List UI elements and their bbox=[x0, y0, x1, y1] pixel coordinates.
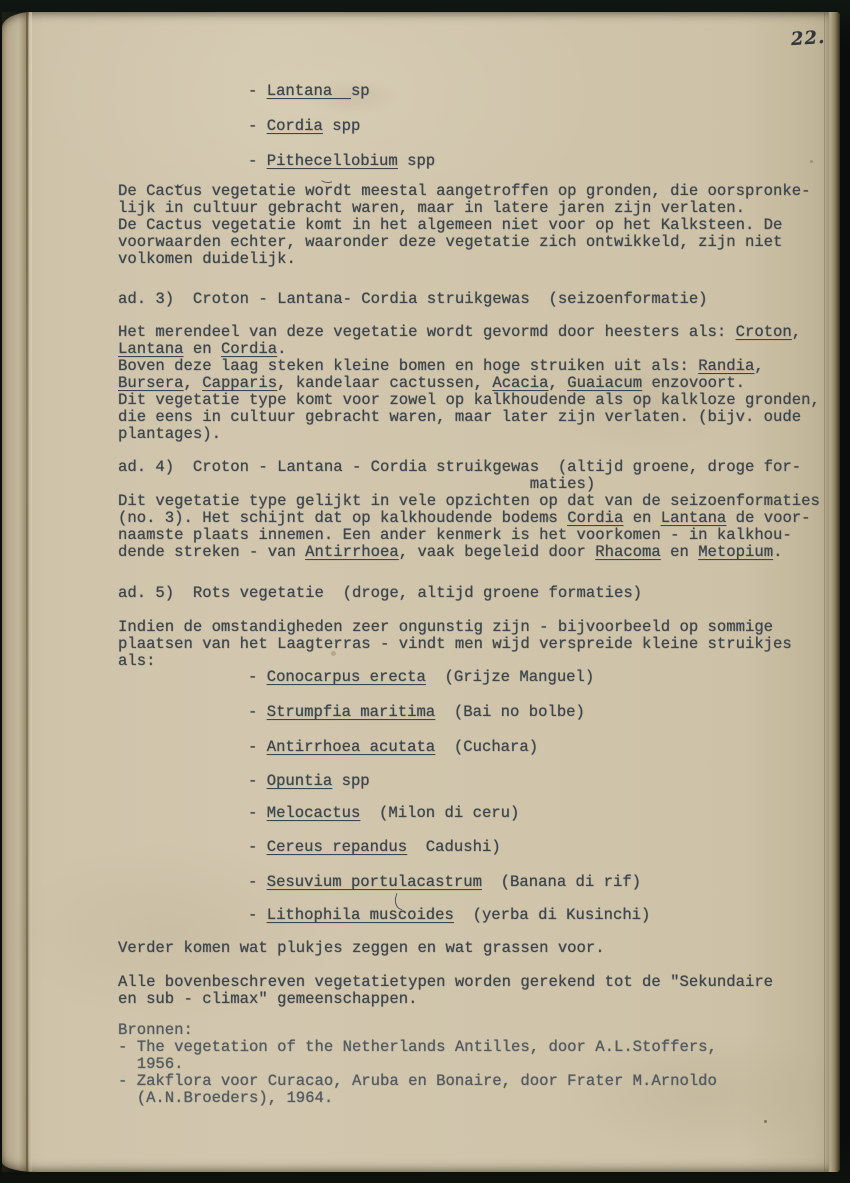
text-line: Lantana en Cordia. bbox=[118, 341, 820, 358]
source-line: - Zakflora voor Curacao, Aruba en Bonair… bbox=[118, 1073, 717, 1090]
source-line: 1956. bbox=[118, 1056, 717, 1073]
text-line: en sub - climax" gemeenschappen. bbox=[118, 991, 773, 1008]
text-line: voorwaarden echter, waaronder deze veget… bbox=[118, 234, 810, 251]
alle-paragraph: Alle bovenbeschreven vegetatietypen word… bbox=[118, 974, 773, 1008]
bronnen-heading: Bronnen: bbox=[118, 1022, 193, 1039]
list-item: - Strumpfia maritima (Bai no bolbe) bbox=[248, 704, 650, 721]
list-item: - Melocactus (Milon di ceru) bbox=[248, 805, 650, 822]
ad3-heading: ad. 3) Croton - Lantana- Cordia struikge… bbox=[118, 291, 708, 308]
text-line: die eens in cultuur gebracht waren, maar… bbox=[118, 409, 820, 426]
text-line: Het merendeel van deze vegetatie wordt g… bbox=[118, 324, 820, 341]
section-heading: Bronnen: bbox=[118, 1022, 193, 1039]
text-line: Dit vegetatie type komt voor zowel op ka… bbox=[118, 392, 820, 409]
list-item: - Antirrhoea acutata (Cuchara) bbox=[248, 739, 650, 756]
text-line: lijk in cultuur gebracht waren, maar in … bbox=[118, 200, 810, 217]
source-line: - The vegetation of the Netherlands Anti… bbox=[118, 1039, 717, 1056]
page-number: 22. bbox=[790, 27, 826, 50]
verder-line: Verder komen wat plukjes zeggen en wat g… bbox=[118, 940, 605, 957]
text-line: De Cactus vegetatie komt in het algemeen… bbox=[118, 217, 810, 234]
binding-crease-highlight bbox=[29, 12, 32, 1172]
text-line: volkomen duidelijk. bbox=[118, 251, 810, 268]
section-heading: ad. 5) Rots vegetatie (droge, altijd gro… bbox=[118, 585, 642, 602]
text-line: Alle bovenbeschreven vegetatietypen word… bbox=[118, 974, 773, 991]
section-heading: ad. 4) Croton - Lantana - Cordia struikg… bbox=[118, 459, 820, 476]
list-item: - Lantana sp bbox=[248, 83, 435, 100]
dust-speck bbox=[764, 1120, 767, 1123]
binding-crease-shadow bbox=[2, 12, 32, 1172]
text-line: plantages). bbox=[118, 426, 820, 443]
text-line: dende streken - van Antirrhoea, vaak beg… bbox=[118, 544, 820, 561]
list-item: - Conocarpus erecta (Grijze Manguel) bbox=[248, 669, 650, 686]
page-edge-line bbox=[824, 12, 825, 1172]
text-line: Dit vegetatie type gelijkt in vele opzic… bbox=[118, 493, 820, 510]
bronnen-list: - The vegetation of the Netherlands Anti… bbox=[118, 1039, 717, 1107]
text-line: Verder komen wat plukjes zeggen en wat g… bbox=[118, 940, 605, 957]
ad4-section: ad. 4) Croton - Lantana - Cordia struikg… bbox=[118, 459, 820, 561]
text-line: Boven deze laag steken kleine bomen en h… bbox=[118, 358, 820, 375]
ad5-heading: ad. 5) Rots vegetatie (droge, altijd gro… bbox=[118, 585, 642, 602]
intro-species-list: - Lantana sp - Cordia spp - Pithecellobi… bbox=[248, 83, 435, 170]
list-item: - Pithecellobium spp bbox=[248, 153, 435, 170]
ad5-paragraph: Indien de omstandigheden zeer ongunstig … bbox=[118, 619, 792, 670]
list-item: - Opuntia spp bbox=[248, 773, 650, 790]
binding-crease-line bbox=[26, 12, 28, 1172]
page-stack-edges bbox=[825, 12, 840, 1172]
cactus-paragraph: De Cactus vegetatie wordt meestal aanget… bbox=[118, 183, 810, 268]
list-item: - Cordia spp bbox=[248, 118, 435, 135]
text-line: (no. 3). Het schijnt dat op kalkhoudende… bbox=[118, 510, 820, 527]
section-heading-continued: maties) bbox=[118, 476, 820, 493]
text-line: Indien de omstandigheden zeer ongunstig … bbox=[118, 619, 792, 636]
rock-vegetation-species-list: - Conocarpus erecta (Grijze Manguel) - S… bbox=[248, 669, 650, 924]
section-heading: ad. 3) Croton - Lantana- Cordia struikge… bbox=[118, 291, 708, 308]
list-item: - Sesuvium portulacastrum (Banana di rif… bbox=[248, 874, 650, 891]
list-item: - Cereus repandus Cadushi) bbox=[248, 839, 650, 856]
ad3-paragraph: Het merendeel van deze vegetatie wordt g… bbox=[118, 324, 820, 443]
list-item: - Lithophila muscoides (yerba di Kusinch… bbox=[248, 907, 650, 924]
text-line: plaatsen van het Laagterras - vindt men … bbox=[118, 636, 792, 653]
text-line: De Cactus vegetatie wordt meestal aanget… bbox=[118, 183, 810, 200]
text-line: naamste plaats innemen. Een ander kenmer… bbox=[118, 527, 820, 544]
source-line: (A.N.Broeders), 1964. bbox=[118, 1090, 717, 1107]
document-page: 22. - Lantana sp - Cordia spp - Pithecel… bbox=[2, 12, 840, 1172]
text-line: Bursera, Capparis, kandelaar cactussen, … bbox=[118, 375, 820, 392]
